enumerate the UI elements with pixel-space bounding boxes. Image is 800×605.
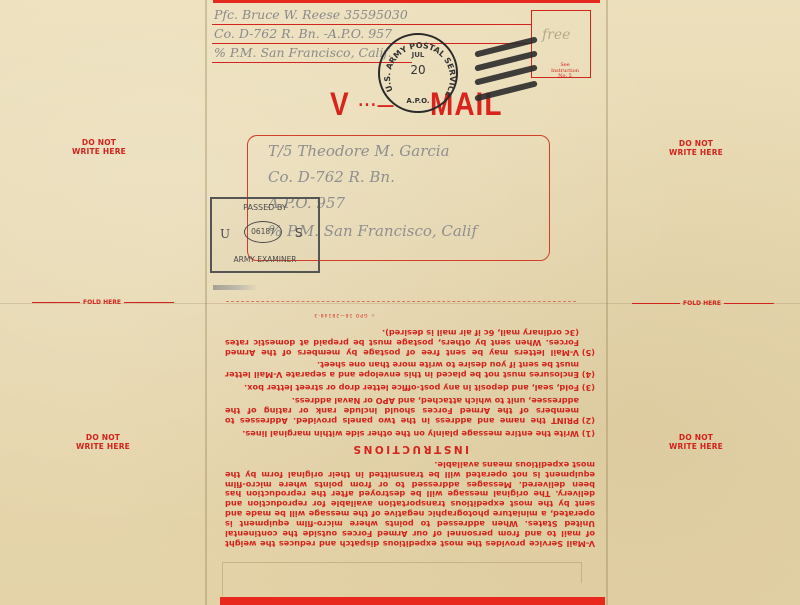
- instruction-number: (1): [579, 428, 595, 438]
- instruction-item: (2) PRINT the name and address in the tw…: [225, 395, 595, 425]
- fold-here-right: FOLD HERE: [632, 299, 774, 307]
- instruction-number: (2): [579, 395, 595, 425]
- do-not-write-line2: WRITE HERE: [646, 443, 746, 452]
- see-instruction-note: See Instruction No. 5: [540, 63, 590, 80]
- censor-number: 06187: [244, 221, 282, 243]
- instruction-text: Enclosures must not be placed in this en…: [225, 360, 579, 380]
- bottom-red-bar: [220, 597, 605, 605]
- vmail-sheet: DO NOT WRITE HERE FOLD HERE DO NOT WRITE…: [0, 0, 800, 605]
- title-v: V: [330, 86, 350, 122]
- recipient-address-line: T/5 Theodore M. Garcia: [268, 142, 450, 160]
- fold-rule: [32, 302, 80, 303]
- instruction-number: (3): [579, 382, 595, 392]
- postmark-cancellation-bars-icon: [470, 36, 540, 106]
- instructions-heading: INSTRUCTIONS: [225, 443, 595, 453]
- censor-army-examiner: ARMY EXAMINER: [212, 255, 318, 264]
- ink-smudge: [213, 285, 258, 290]
- do-not-write-label-top-right: DO NOT WRITE HERE: [646, 140, 746, 157]
- do-not-write-label-top-left: DO NOT WRITE HERE: [49, 139, 149, 156]
- instruction-item: (4) Enclosures must not be placed in thi…: [225, 360, 595, 380]
- postage-stamp-box: free See Instruction No. 5: [531, 10, 591, 78]
- army-postal-service-postmark: U.S. ARMY POSTAL SERVICE JUL 20 A.P.O.: [378, 33, 458, 113]
- return-address-line: Pfc. Bruce W. Reese 35595030: [212, 6, 532, 25]
- instructions-panel-inverted: V-Mail Service provides the most expedit…: [225, 318, 595, 588]
- instruction-text: V-Mail letters may be sent free of posta…: [225, 327, 579, 357]
- fold-here-label: FOLD HERE: [680, 300, 724, 307]
- censor-prefix: U: [220, 227, 230, 241]
- censor-passed-stamp: PASSED BY U 06187 S ARMY EXAMINER: [210, 197, 320, 273]
- fold-here-left: FOLD HERE: [32, 298, 174, 306]
- do-not-write-line2: WRITE HERE: [646, 149, 746, 158]
- fold-rule: [632, 303, 680, 304]
- instruction-item: (5) V-Mail letters may be sent free of p…: [225, 327, 595, 357]
- pencil-free-mark: free: [542, 27, 570, 43]
- center-fold-dashed-line: [226, 301, 576, 302]
- postmark-apo: A.P.O.: [380, 97, 456, 105]
- instruction-number: (5): [579, 327, 595, 357]
- top-red-bar: [213, 0, 600, 3]
- instruction-text: Write the entire message plainly on the …: [225, 428, 579, 438]
- fold-rule: [124, 302, 174, 303]
- instruction-text: Fold, seal, and deposit in any post-offi…: [225, 382, 579, 392]
- fold-rule: [724, 303, 774, 304]
- envelope-flap-outline: [222, 562, 582, 596]
- fold-here-label: FOLD HERE: [80, 299, 124, 306]
- censor-passed-by: PASSED BY: [212, 203, 318, 212]
- instruction-text: PRINT the name and address in the two pa…: [225, 395, 579, 425]
- do-not-write-line2: WRITE HERE: [53, 443, 153, 452]
- instructions-intro: V-Mail Service provides the most expedit…: [225, 459, 595, 548]
- postmark-month: JUL: [380, 51, 456, 59]
- instruction-item: (1) Write the entire message plainly on …: [225, 428, 595, 438]
- do-not-write-line2: WRITE HERE: [49, 148, 149, 157]
- censor-suffix: S: [295, 226, 303, 240]
- do-not-write-label-bottom-right: DO NOT WRITE HERE: [646, 434, 746, 451]
- instruction-number: (4): [579, 360, 595, 380]
- do-not-write-label-bottom-left: DO NOT WRITE HERE: [53, 434, 153, 451]
- recipient-address-line: Co. D-762 R. Bn.: [268, 168, 395, 186]
- instruction-item: (3) Fold, seal, and deposit in any post-…: [225, 382, 595, 392]
- postmark-day: 20: [380, 63, 456, 77]
- instruction-note-line: No. 5: [540, 74, 590, 80]
- gpo-print-code: ☆ GPO 16—28148-3: [225, 309, 595, 319]
